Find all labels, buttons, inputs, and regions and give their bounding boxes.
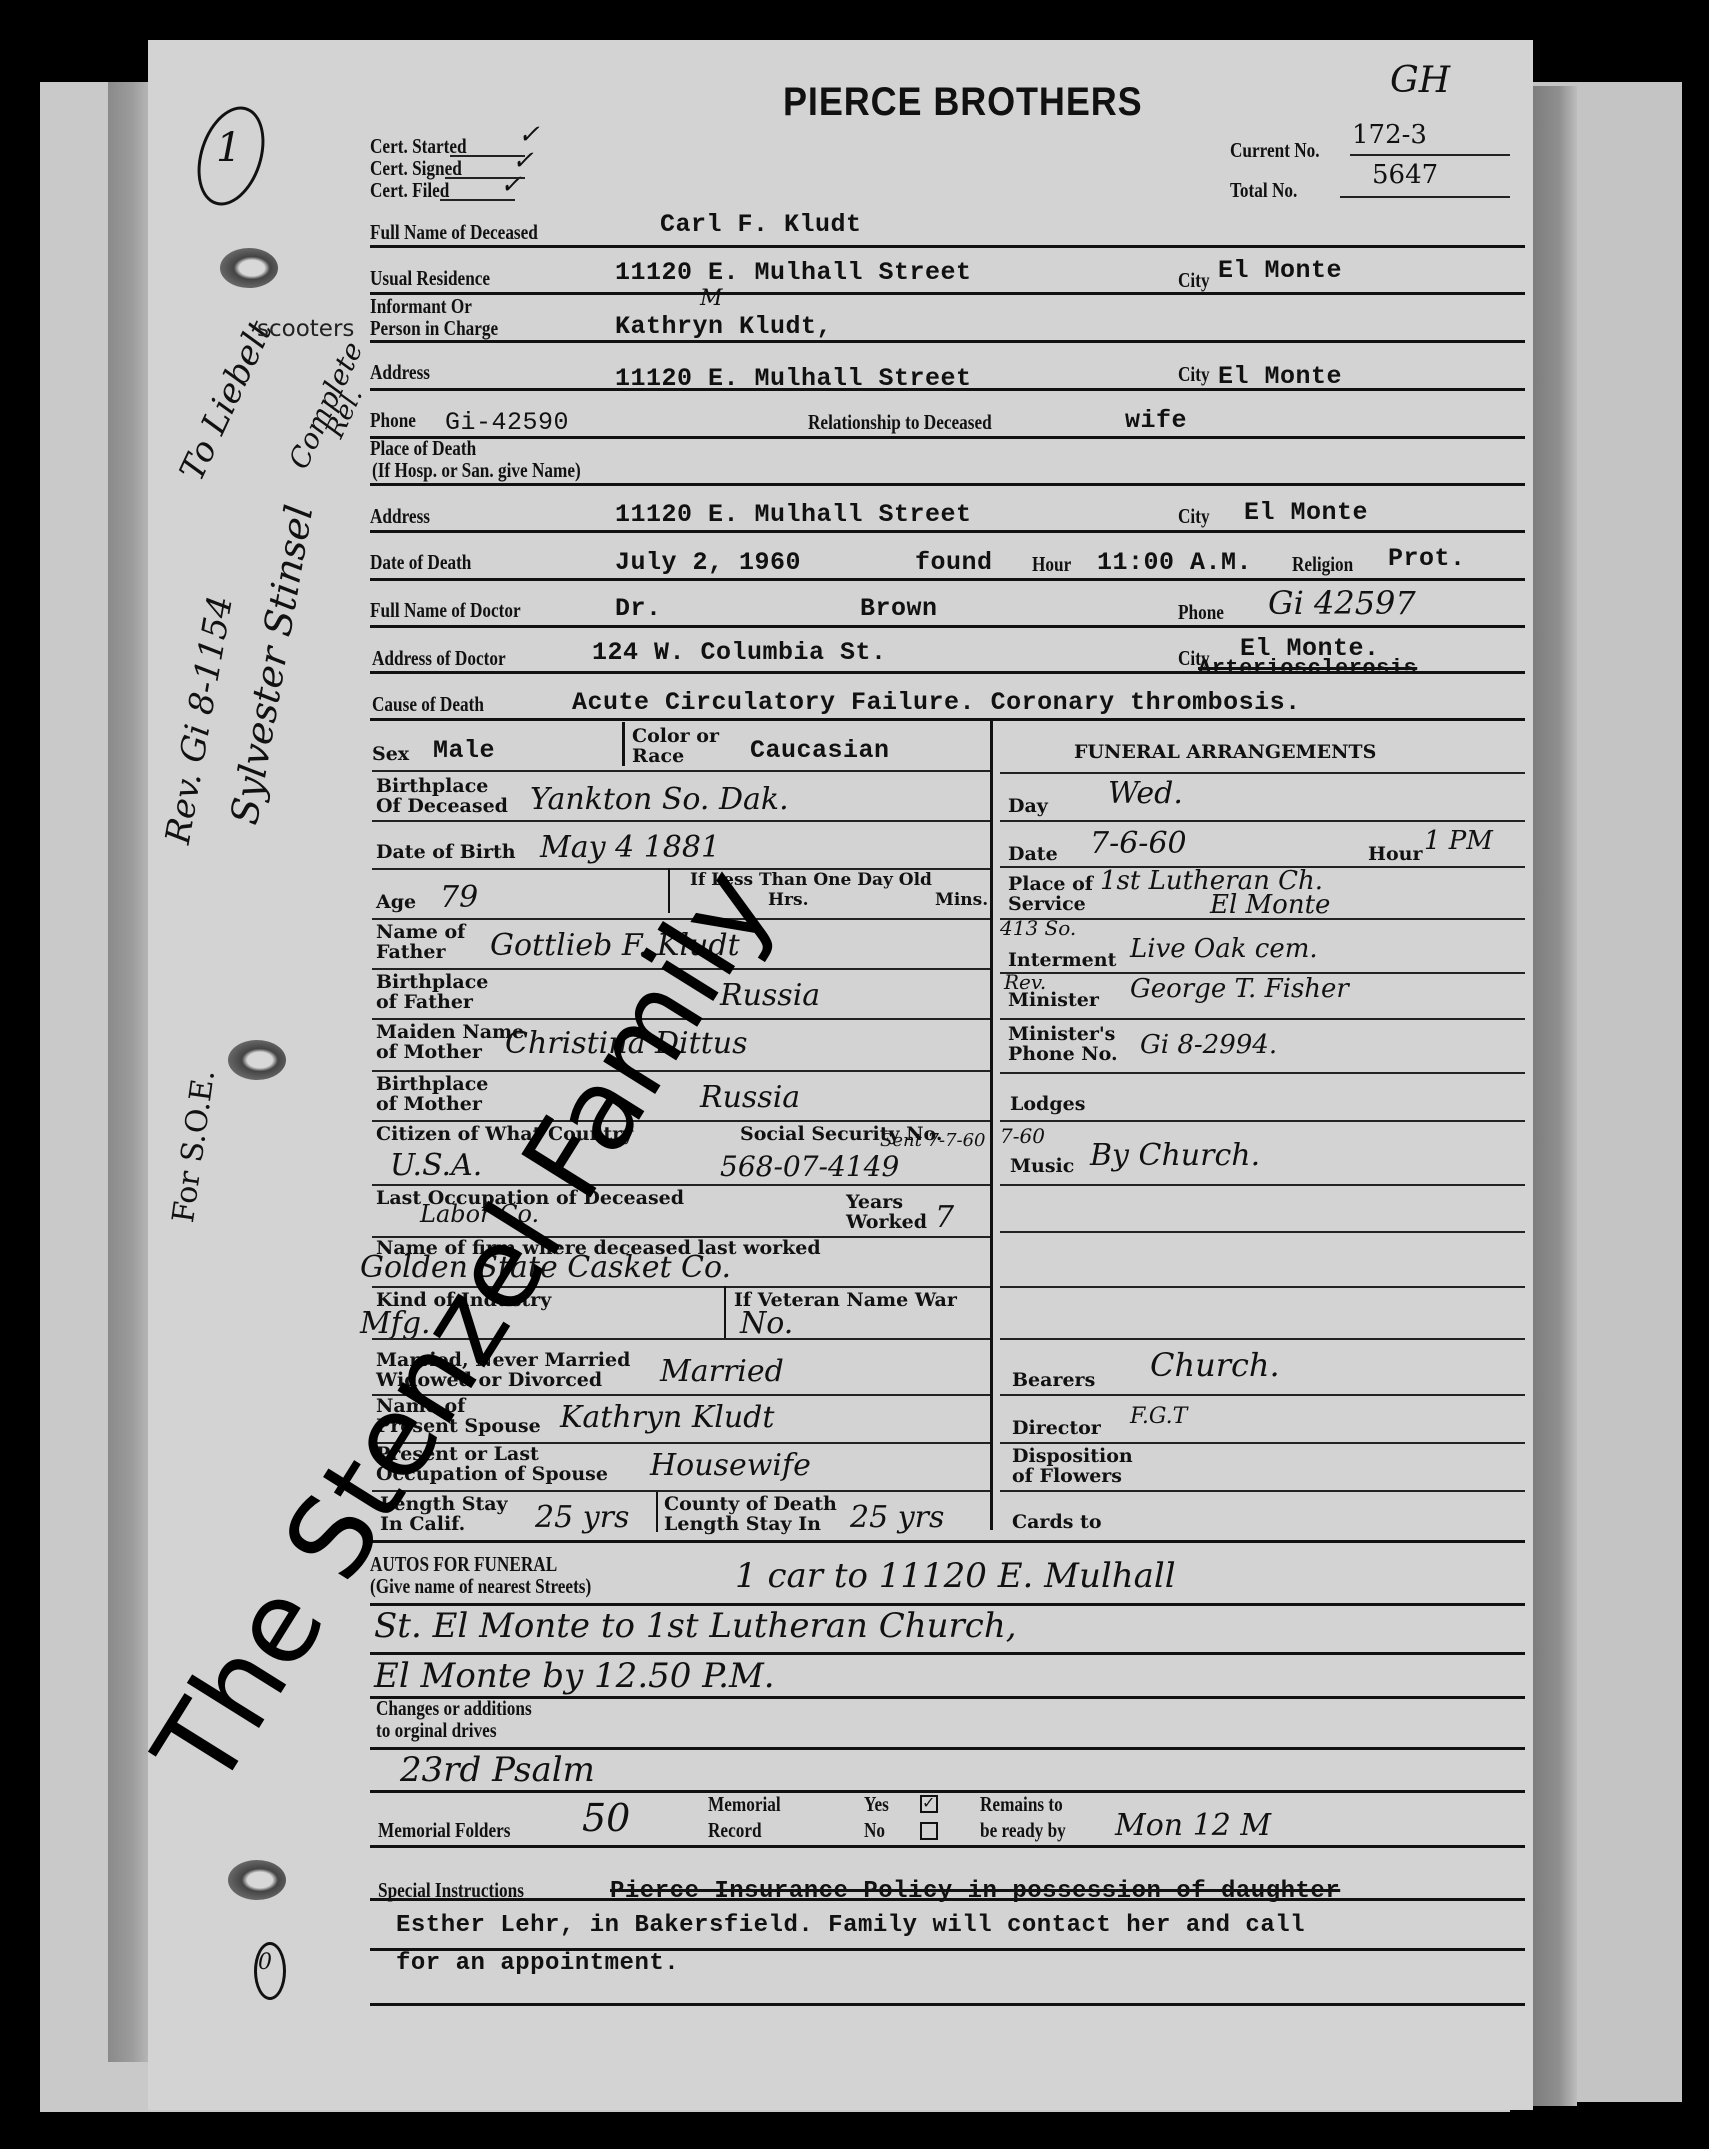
music-note: 7-60 <box>1000 1124 1045 1148</box>
overlay-text: scooters <box>257 316 354 342</box>
stay-county-label-line2: Length Stay In <box>664 1514 821 1534</box>
death-city-value: El Monte <box>1244 498 1368 527</box>
doctor-prefix-value: Dr. <box>615 594 662 623</box>
full-name-value: Carl F. Kludt <box>660 210 862 239</box>
funeral-hour-label: Hour <box>1368 844 1422 864</box>
doctor-address-value: 124 W. Columbia St. <box>592 638 887 667</box>
relationship-value: wife <box>1125 406 1187 435</box>
informant-city-value: El Monte <box>1218 362 1342 391</box>
citizen-value: U.S.A. <box>390 1148 482 1183</box>
minister-phone-label-line1: Minister's <box>1008 1024 1115 1044</box>
service-value-line2: El Monte <box>1210 890 1330 920</box>
punch-hole-icon <box>228 1860 286 1900</box>
father-birthplace-label-line2: of Father <box>376 992 473 1012</box>
initials-mark: GH <box>1390 60 1450 101</box>
relationship-label: Relationship to Deceased <box>808 412 992 433</box>
funeral-arrangements-header: FUNERAL ARRANGEMENTS <box>1074 742 1376 762</box>
mother-birthplace-label-line1: Birthplace <box>376 1074 488 1094</box>
religion-value: Prot. <box>1388 544 1466 573</box>
race-label-line2: Race <box>632 746 684 766</box>
birthplace-label-line1: Birthplace <box>376 776 488 796</box>
service-label-line2: Service <box>1008 894 1086 914</box>
marital-value: Married <box>660 1354 784 1389</box>
current-no-value: 172-3 <box>1352 120 1427 150</box>
sex-value: Male <box>433 736 495 765</box>
special-line1-struck: Pierce Insurance Policy in possession of… <box>610 1878 1340 1905</box>
total-no-value: 5647 <box>1372 160 1438 190</box>
veteran-value: No. <box>740 1306 793 1341</box>
special-line3: for an appointment. <box>396 1950 679 1977</box>
flowers-label-line2: of Flowers <box>1012 1466 1122 1486</box>
interment-value: Live Oak cem. <box>1130 934 1318 964</box>
remains-value: Mon 12 M <box>1115 1808 1271 1843</box>
usual-residence-value: 11120 E. Mulhall Street <box>615 258 972 287</box>
left-fold-shadow <box>108 82 148 2062</box>
full-name-label: Full Name of Deceased <box>370 222 538 243</box>
mother-birthplace-value: Russia <box>700 1080 800 1115</box>
date-of-death-label: Date of Death <box>370 552 471 573</box>
sex-label: Sex <box>372 744 409 764</box>
cause-of-death-label: Cause of Death <box>372 694 484 715</box>
minister-value: George T. Fisher <box>1130 974 1349 1004</box>
funeral-date-value: 7-6-60 <box>1090 826 1187 861</box>
doctor-name-value: Brown <box>860 594 938 623</box>
flowers-label-line1: Disposition <box>1012 1446 1133 1466</box>
age-label: Age <box>376 892 416 912</box>
ssn-note: Sent 7-7-60 <box>880 1130 986 1151</box>
changes-label-line2: to orginal drives <box>376 1720 497 1741</box>
years-worked-label-line1: Years <box>846 1192 903 1212</box>
cert-filed-label: Cert. Filed <box>370 180 449 201</box>
margin-circled-top: 1 <box>216 125 241 171</box>
service-label-line1: Place of <box>1008 874 1093 894</box>
ssn-value: 568-07-4149 <box>720 1150 899 1183</box>
place-of-death-label-line1: Place of Death <box>370 438 476 459</box>
page-title: PIERCE BROTHERS <box>783 80 1143 125</box>
usual-residence-label: Usual Residence <box>370 268 490 289</box>
director-label: Director <box>1012 1418 1101 1438</box>
residence-city-value: El Monte <box>1218 256 1342 285</box>
cert-started-label: Cert. Started <box>370 136 467 157</box>
special-line2: Esther Lehr, in Bakersfield. Family will… <box>396 1912 1305 1939</box>
death-address-label: Address <box>370 506 430 527</box>
memorial-record-label-line2: Record <box>708 1820 762 1841</box>
memorial-folders-label: Memorial Folders <box>378 1820 510 1841</box>
funeral-day-label: Day <box>1008 796 1048 816</box>
informant-mark: M <box>700 286 723 311</box>
autos-value-line1: 1 car to 11120 E. Mulhall <box>735 1556 1176 1596</box>
changes-label-line1: Changes or additions <box>376 1698 532 1719</box>
bearers-value: Church. <box>1150 1346 1280 1384</box>
father-birthplace-label-line1: Birthplace <box>376 972 488 992</box>
death-city-label: City <box>1178 506 1210 527</box>
memorial-yes-checkbox[interactable]: ✓ <box>920 1795 938 1813</box>
mother-label-line1: Maiden Name <box>376 1022 524 1042</box>
punch-hole-icon <box>220 248 278 288</box>
birthplace-label-line2: Of Deceased <box>376 796 508 816</box>
stay-calif-value: 25 yrs <box>535 1500 629 1535</box>
autos-value-line2: St. El Monte to 1st Lutheran Church, <box>374 1606 1017 1646</box>
lodges-label: Lodges <box>1010 1094 1085 1114</box>
doctor-phone-value: Gi 42597 <box>1268 584 1416 622</box>
informant-address-label: Address <box>370 362 430 383</box>
death-hour-value: 11:00 A.M. <box>1097 548 1252 577</box>
date-of-death-value: July 2, 1960 <box>615 548 801 577</box>
memorial-no-checkbox[interactable] <box>920 1822 938 1840</box>
doctor-name-label: Full Name of Doctor <box>370 600 521 621</box>
religion-label: Religion <box>1292 554 1353 575</box>
spouse-value: Kathryn Kludt <box>560 1400 774 1435</box>
total-no-label: Total No. <box>1230 180 1297 201</box>
punch-hole-icon <box>228 1040 286 1080</box>
music-label: Music <box>1010 1156 1074 1176</box>
current-no-label: Current No. <box>1230 140 1320 161</box>
memorial-folders-value: 50 <box>582 1796 630 1840</box>
minister-label: Minister <box>1008 990 1099 1010</box>
autos-label-line2: (Give name of nearest Streets) <box>370 1576 591 1597</box>
service-note: 413 So. <box>1000 916 1076 940</box>
funeral-date-label: Date <box>1008 844 1058 864</box>
interment-label: Interment <box>1008 950 1116 970</box>
father-label-line1: Name of <box>376 922 465 942</box>
struck-arteriosclerosis: Arteriosclerosis <box>1198 656 1417 681</box>
stay-county-label-line1: County of Death <box>664 1494 837 1514</box>
death-hour-label: Hour <box>1032 554 1071 575</box>
autos-value-line3: El Monte by 12.50 P.M. <box>374 1656 775 1696</box>
doctor-address-label: Address of Doctor <box>372 648 506 669</box>
memorial-no-label: No <box>864 1820 885 1841</box>
death-found-value: found <box>915 548 993 577</box>
death-address-value: 11120 E. Mulhall Street <box>615 500 972 529</box>
dob-label: Date of Birth <box>376 842 516 862</box>
mother-label-line2: of Mother <box>376 1042 482 1062</box>
race-label-line1: Color or <box>632 726 719 746</box>
cause-of-death-value: Acute Circulatory Failure. Coronary thro… <box>572 688 1301 717</box>
margin-circled-bottom: 0 <box>258 1950 272 1975</box>
minister-phone-value: Gi 8-2994. <box>1140 1030 1277 1060</box>
doctor-phone-label: Phone <box>1178 602 1224 623</box>
informant-label-line1: Informant Or <box>370 296 472 317</box>
age-value: 79 <box>440 880 478 915</box>
years-worked-label-line2: Worked <box>846 1212 927 1232</box>
autos-label-line1: AUTOS FOR FUNERAL <box>370 1554 557 1575</box>
mins-label: Mins. <box>935 890 988 910</box>
mother-birthplace-label-line2: of Mother <box>376 1094 482 1114</box>
minister-phone-label-line2: Phone No. <box>1008 1044 1118 1064</box>
funeral-day-value: Wed. <box>1108 776 1183 811</box>
director-value: F.G.T <box>1130 1404 1187 1429</box>
race-value: Caucasian <box>750 736 890 765</box>
stay-county-value: 25 yrs <box>850 1500 944 1535</box>
memorial-yes-label: Yes <box>864 1794 889 1815</box>
residence-city-label: City <box>1178 270 1210 291</box>
cert-filed-check-icon: ✓ <box>500 170 522 200</box>
memorial-record-label-line1: Memorial <box>708 1794 781 1815</box>
informant-name-value: Kathryn Kludt, <box>615 312 832 341</box>
informant-phone-value: Gi-42590 <box>445 408 569 437</box>
informant-label-line2: Person in Charge <box>370 318 498 339</box>
changes-value: 23rd Psalm <box>400 1750 595 1790</box>
father-label-line2: Father <box>376 942 445 962</box>
right-fold-shadow <box>1532 86 1577 2106</box>
cards-label: Cards to <box>1012 1512 1102 1532</box>
place-of-death-label-line2: (If Hosp. or San. give Name) <box>372 460 581 481</box>
cert-signed-label: Cert. Signed <box>370 158 462 179</box>
informant-phone-label: Phone <box>370 410 416 431</box>
informant-city-label: City <box>1178 364 1210 385</box>
years-worked-value: 7 <box>935 1200 954 1235</box>
bearers-label: Bearers <box>1012 1370 1095 1390</box>
remains-label-line2: be ready by <box>980 1820 1066 1841</box>
music-value: By Church. <box>1090 1138 1260 1173</box>
birthplace-value: Yankton So. Dak. <box>530 782 789 817</box>
funeral-hour-value: 1 PM <box>1424 826 1493 856</box>
spouse-occupation-value: Housewife <box>650 1448 811 1483</box>
remains-label-line1: Remains to <box>980 1794 1063 1815</box>
